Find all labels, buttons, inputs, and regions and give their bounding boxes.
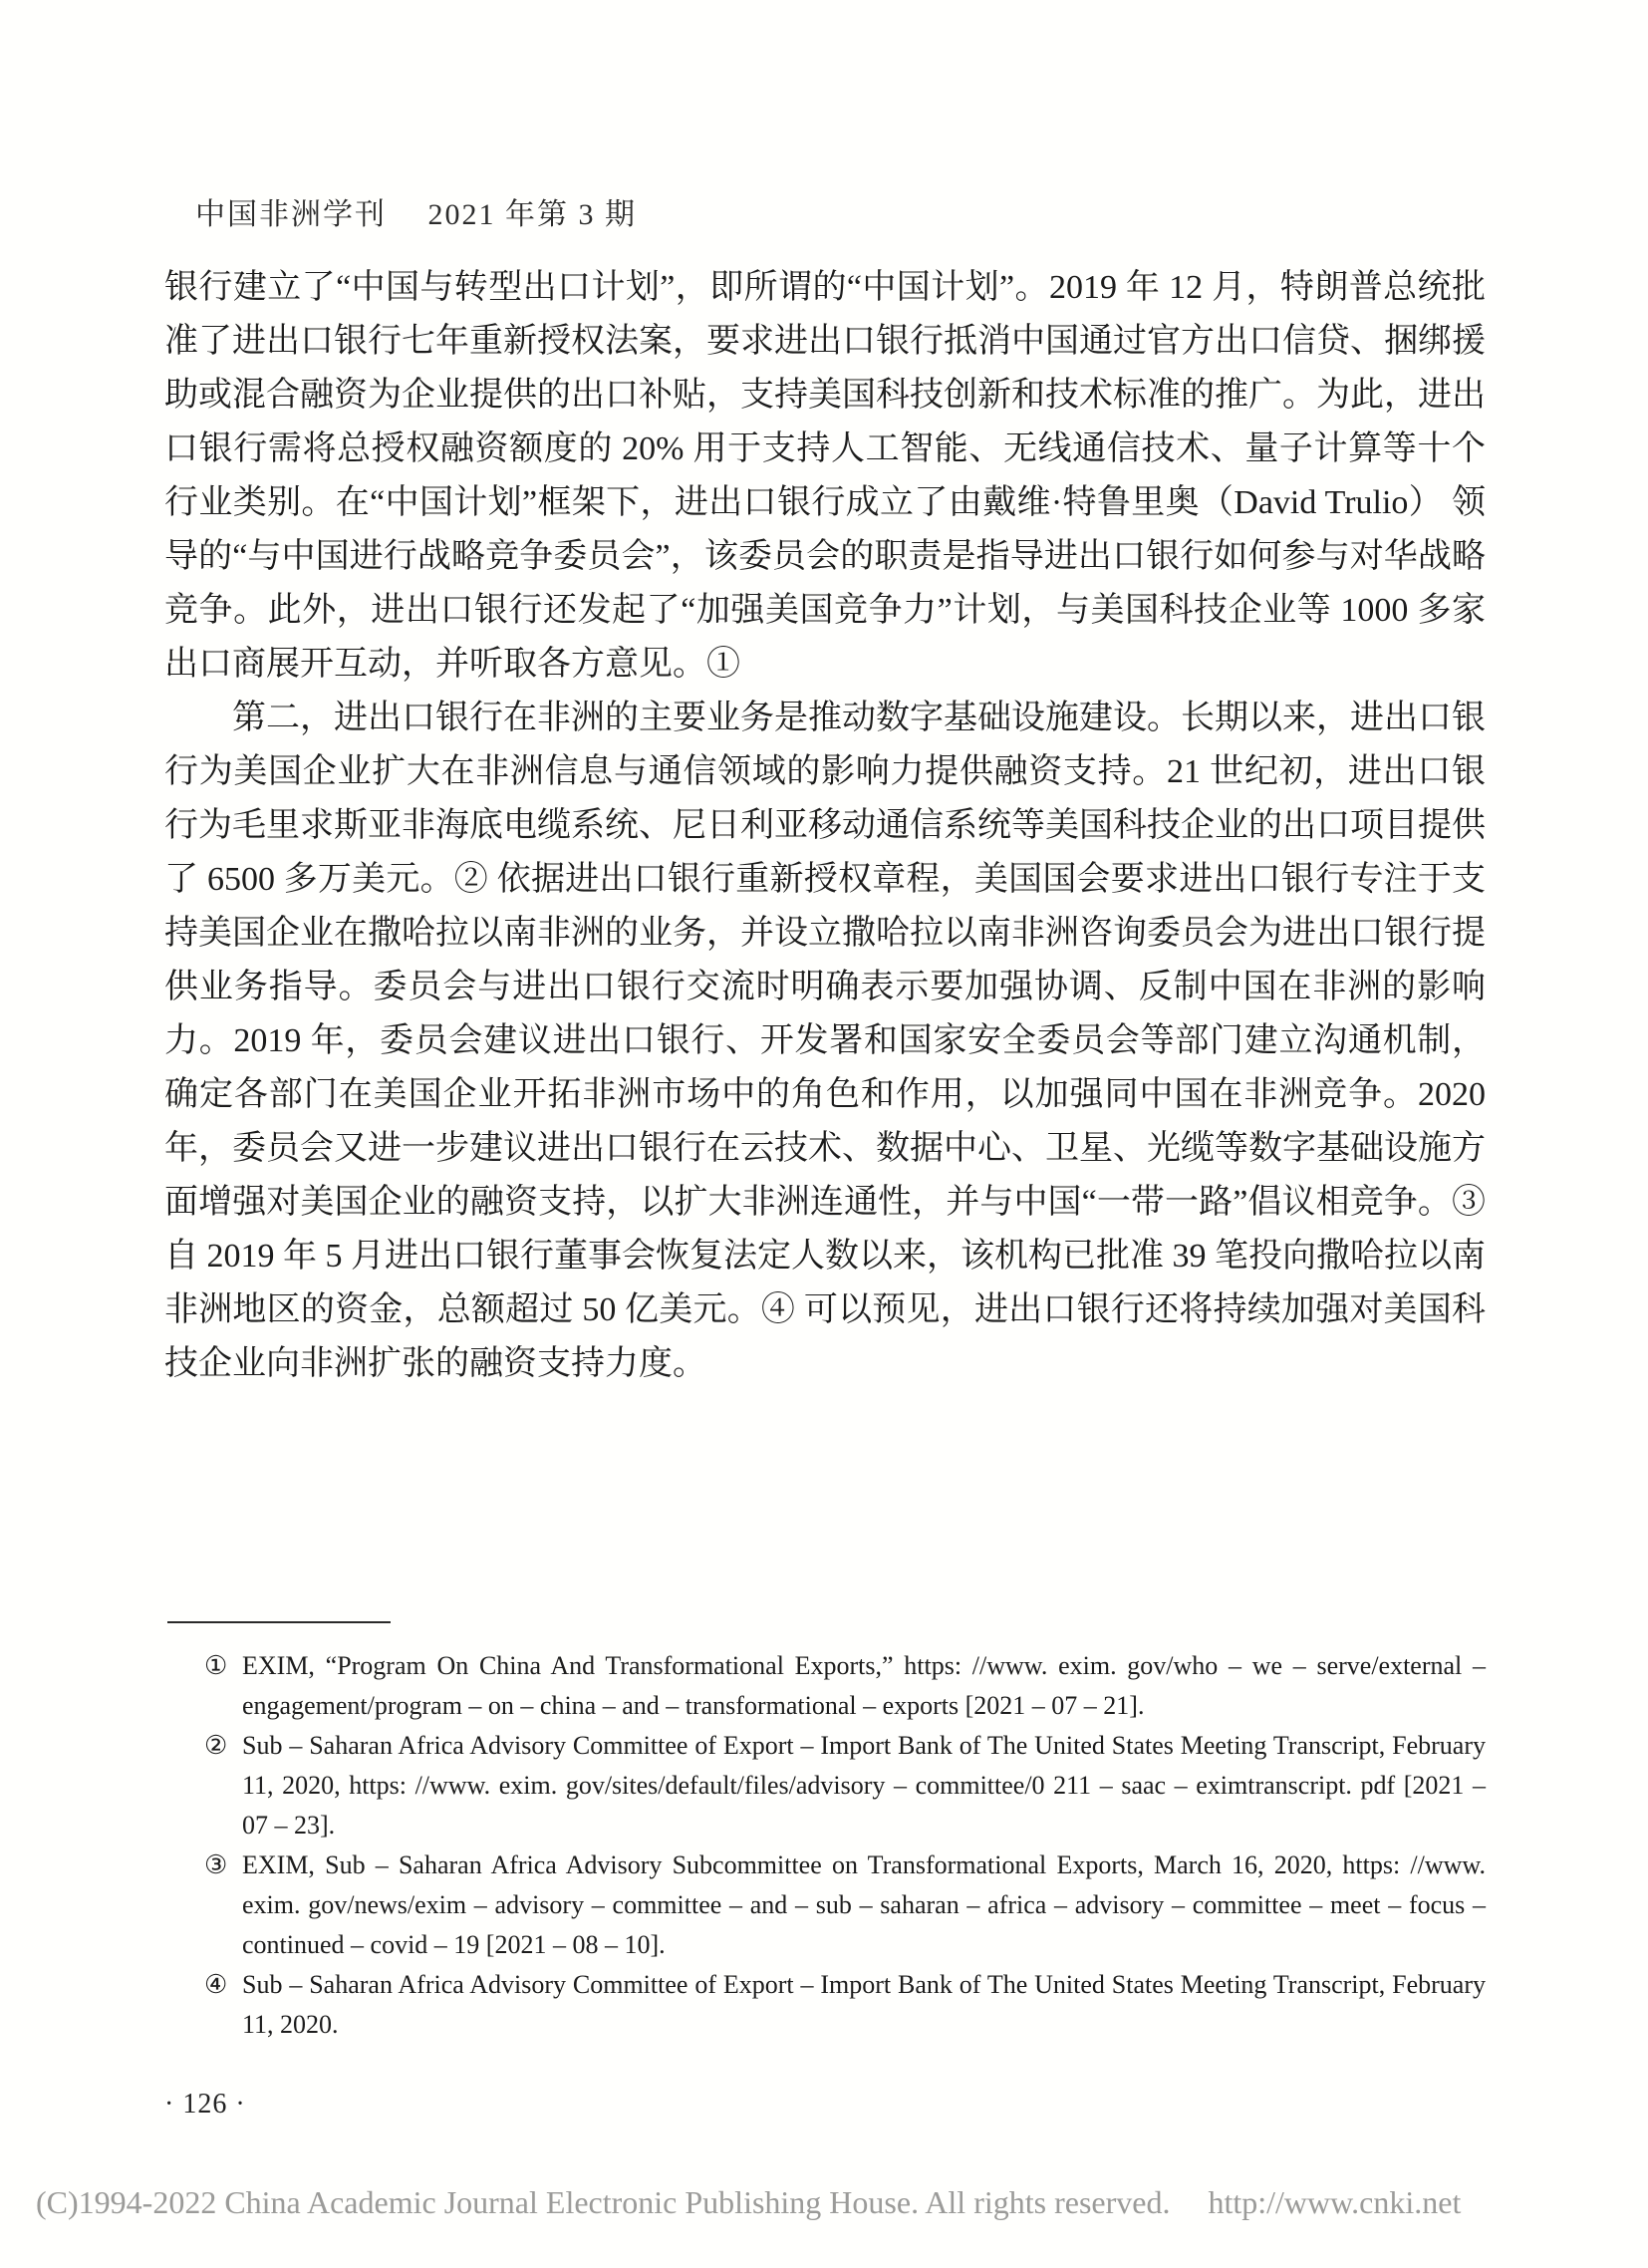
footnote-text: EXIM, “Program On China And Transformati… <box>242 1651 1486 1720</box>
cnki-url: http://www.cnki.net <box>1208 2184 1461 2220</box>
footnote-item: ④ Sub – Saharan Africa Advisory Committe… <box>164 1965 1486 2045</box>
footnote-item: ③ EXIM, Sub – Saharan Africa Advisory Su… <box>164 1845 1486 1965</box>
footnote-separator <box>167 1621 391 1623</box>
page-number: · 126 · <box>164 2089 246 2121</box>
article-body: 银行建立了“中国与转型出口计划”，即所谓的“中国计划”。2019 年 12 月，… <box>164 261 1486 1391</box>
body-paragraph-1: 银行建立了“中国与转型出口计划”，即所谓的“中国计划”。2019 年 12 月，… <box>164 261 1486 692</box>
footnote-item: ① EXIM, “Program On China And Transforma… <box>164 1646 1486 1726</box>
footnote-marker: ③ <box>204 1845 227 1885</box>
footnote-marker: ④ <box>204 1965 227 2005</box>
footnote-text: EXIM, Sub – Saharan Africa Advisory Subc… <box>242 1850 1486 1959</box>
copyright-footer: (C)1994-2022 China Academic Journal Elec… <box>36 2184 1610 2221</box>
footnote-item: ② Sub – Saharan Africa Advisory Committe… <box>164 1726 1486 1845</box>
running-header: 中国非洲学刊 2021 年第 3 期 <box>195 189 637 233</box>
footnote-text: Sub – Saharan Africa Advisory Committee … <box>242 1731 1486 1840</box>
copyright-text: (C)1994-2022 China Academic Journal Elec… <box>36 2184 1170 2220</box>
footnote-marker: ① <box>204 1646 227 1686</box>
body-paragraph-2: 第二，进出口银行在非洲的主要业务是推动数字基础设施建设。长期以来，进出口银行为美… <box>164 692 1486 1391</box>
footnote-marker: ② <box>204 1726 227 1766</box>
footnotes-block: ① EXIM, “Program On China And Transforma… <box>164 1646 1486 2045</box>
footnote-text: Sub – Saharan Africa Advisory Committee … <box>242 1970 1486 2039</box>
journal-page: 中国非洲学刊 2021 年第 3 期 银行建立了“中国与转型出口计划”，即所谓的… <box>0 0 1648 2268</box>
